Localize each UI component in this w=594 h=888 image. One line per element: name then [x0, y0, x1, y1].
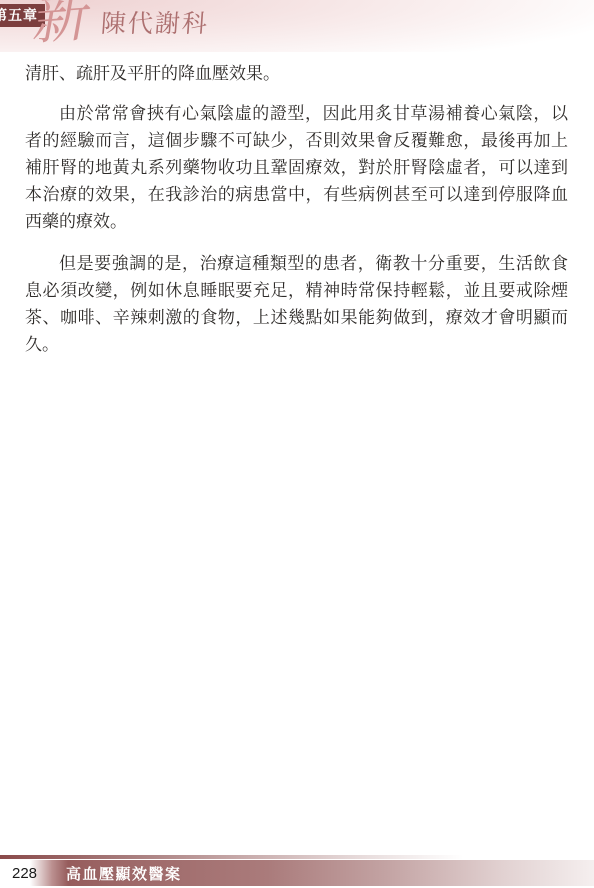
- page-header: 第五章 新 陳代謝科: [0, 0, 594, 52]
- footer-bar: 228 高血壓顯效醫案: [0, 860, 594, 886]
- text-line: 西藥的療效。: [25, 209, 568, 236]
- text-line: 茶、咖啡、辛辣刺激的食物，上述幾點如果能夠做到，療效才會明顯而持: [25, 305, 568, 332]
- calligraphy-character: 新: [28, 0, 88, 49]
- paragraph: 清肝、疏肝及平肝的降血壓效果。: [25, 61, 568, 88]
- body-text: 清肝、疏肝及平肝的降血壓效果。 由於常常會挾有心氣陰虛的證型，因此用炙甘草湯補養…: [25, 61, 568, 359]
- text-line: 補肝腎的地黃丸系列藥物收功且鞏固療效，對於肝腎陰虛者，可以達到根: [25, 155, 568, 182]
- paragraph: 由於常常會挾有心氣陰虛的證型，因此用炙甘草湯補養心氣陰，以筆 者的經驗而言，這個…: [25, 101, 568, 236]
- text-line: 由於常常會挾有心氣陰虛的證型，因此用炙甘草湯補養心氣陰，以筆: [25, 101, 568, 128]
- footer-accent-bar: [0, 855, 594, 859]
- text-line: 息必須改變，例如休息睡眠要充足，精神時常保持輕鬆，並且要戒除煙酒、: [25, 278, 568, 305]
- book-title: 高血壓顯效醫案: [66, 860, 182, 886]
- page-number: 228: [12, 860, 37, 886]
- text-line: 但是要強調的是，治療這種類型的患者，衛教十分重要，生活飲食作: [25, 251, 568, 278]
- book-page: 第五章 新 陳代謝科 清肝、疏肝及平肝的降血壓效果。 由於常常會挾有心氣陰虛的證…: [0, 0, 594, 888]
- text-line: 者的經驗而言，這個步驟不可缺少，否則效果會反覆難愈，最後再加上滋: [25, 128, 568, 155]
- text-line: 久。: [25, 332, 568, 359]
- paragraph: 但是要強調的是，治療這種類型的患者，衛教十分重要，生活飲食作 息必須改變，例如休…: [25, 251, 568, 359]
- text-line: 清肝、疏肝及平肝的降血壓效果。: [25, 61, 568, 88]
- department-title: 陳代謝科: [100, 11, 210, 36]
- text-line: 本治療的效果，在我診治的病患當中，有些病例甚至可以達到停服降血壓: [25, 182, 568, 209]
